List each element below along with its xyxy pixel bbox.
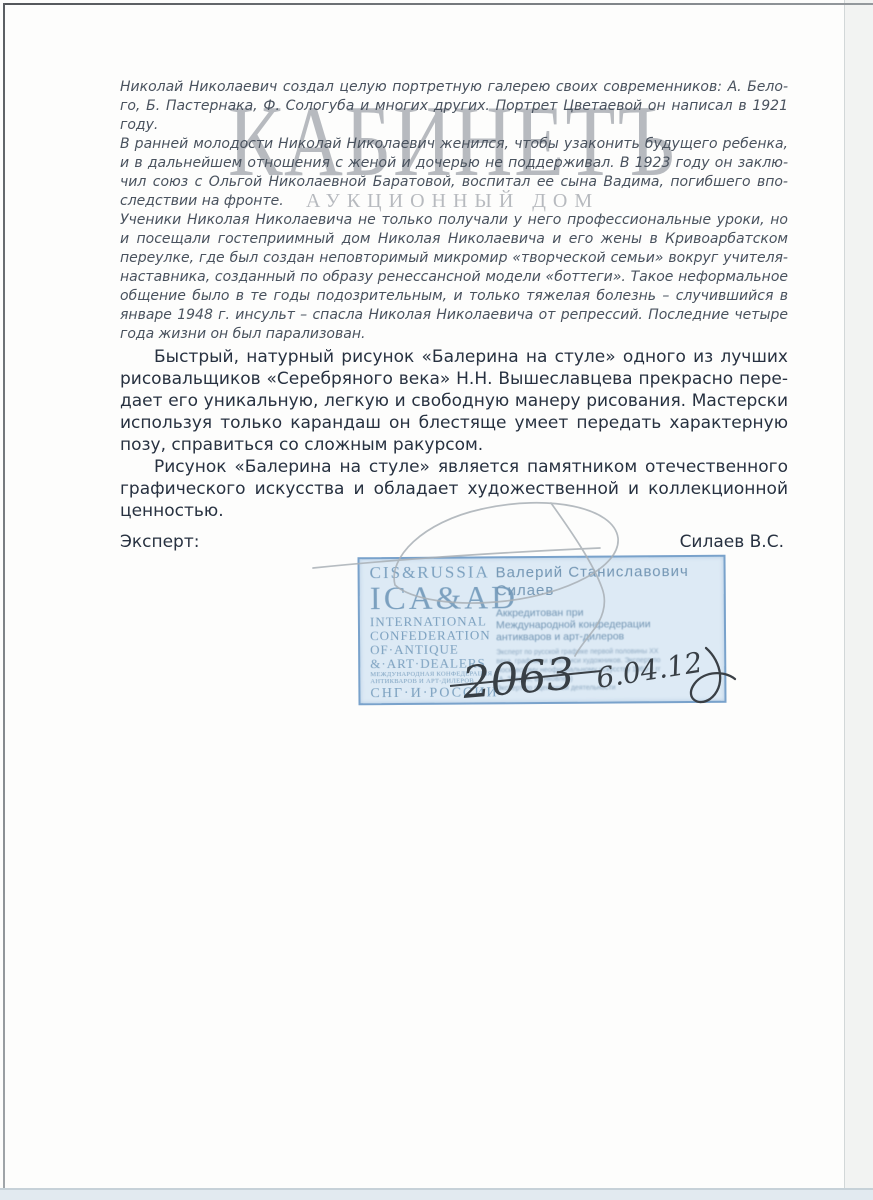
text-line: позу, справиться со сложным ракурсом. — [120, 434, 788, 456]
text-line: году. — [120, 116, 788, 135]
expert-label: Эксперт: — [120, 531, 199, 553]
stamp-left-column: CIS&RUSSIA ICA&AD INTERNATIONALCONFEDERA… — [370, 561, 501, 702]
text-line: дает его уникальную, легкую и свободную … — [120, 390, 788, 412]
stamp-confederation-lines: INTERNATIONALCONFEDERATIONOF·ANTIQUE&·AR… — [370, 614, 500, 671]
text-line: рисовальщиков «Серебряного века» Н.Н. Вы… — [120, 368, 788, 390]
text-line: и в дальнейшем отношения с женой и дочер… — [120, 154, 788, 173]
scan-edge-bottom — [0, 1188, 873, 1200]
paragraph: Рисунок «Балерина на стуле» является пам… — [120, 456, 788, 522]
text-line: общение было в те годы подозрительным, и… — [120, 287, 788, 306]
stamp-sng-russia: СНГ·И·РОССИИ — [370, 685, 500, 702]
scan-edge-right — [844, 0, 873, 1190]
text-line: следствии на фронте. — [120, 192, 788, 211]
stamp-spec-line: Эксперт по оценочной деятельности — [496, 683, 718, 694]
stamp-small-ru-lines: МЕЖДУНАРОДНАЯ КОНФЕДЕРАЦИЯАНТИКВАРОВ И А… — [370, 670, 500, 685]
stamp-caps-line: &·ART·DEALERS — [370, 656, 500, 671]
expert-row: Эксперт: Силаев В.С. — [120, 531, 788, 553]
paragraph: В ранней молодости Николай Николаевич же… — [120, 135, 788, 211]
paragraph: Николай Николаевич создал целую портретн… — [120, 78, 788, 135]
text-line: Быстрый, натурный рисунок «Балерина на с… — [120, 346, 788, 368]
paragraph: Быстрый, натурный рисунок «Балерина на с… — [120, 346, 788, 456]
text-line: переулке, где был создан неповторимый ми… — [120, 249, 788, 268]
stamp-tiny-line: АНТИКВАРОВ И АРТ-ДИЛЕРОВ — [370, 677, 500, 685]
stamp-expert-name: Валерий СтаниславовичСилаев — [496, 563, 718, 601]
text-line: чил союз с Ольгой Николаевной Баратовой,… — [120, 173, 788, 192]
text-line: используя только карандаш он блестяще ум… — [120, 412, 788, 434]
expert-accreditation-stamp: CIS&RUSSIA ICA&AD INTERNATIONALCONFEDERA… — [357, 555, 726, 706]
text-line: наставника, созданный по образу ренессан… — [120, 268, 788, 287]
text-line: Рисунок «Балерина на стуле» является пам… — [120, 456, 788, 478]
text-line: январе 1948 г. инсульт – спасла Николая … — [120, 306, 788, 325]
text-line: и посещали гостеприимный дом Николая Ник… — [120, 230, 788, 249]
text-line: графического искусства и обладает художе… — [120, 478, 788, 500]
text-line: Николай Николаевич создал целую портретн… — [120, 78, 788, 97]
text-line: Ученики Николая Николаевича не только по… — [120, 211, 788, 230]
text-line: ценностью. — [120, 500, 788, 522]
document-text-column: Николай Николаевич создал целую портретн… — [120, 78, 788, 553]
bio-paragraphs: Николай Николаевич создал целую портретн… — [120, 78, 788, 344]
stamp-name-line: Валерий Станиславович — [496, 563, 718, 583]
stamp-specialization: Эксперт по русской графике первой полови… — [496, 647, 718, 694]
text-line: В ранней молодости Николай Николаевич же… — [120, 135, 788, 154]
stamp-icaad-logo: ICA&AD — [370, 583, 500, 615]
stamp-name-line: Силаев — [496, 581, 718, 601]
stamp-right-column: Валерий СтаниславовичСилаев Аккредитован… — [496, 563, 719, 694]
scan-edge-top — [3, 3, 873, 5]
stamp-accred-line: антикваров и арт-дилеров — [496, 630, 718, 644]
text-line: года жизни он был парализован. — [120, 325, 788, 344]
scanned-page: КАБИНЕТЪ АУКЦИОННЫЙ ДОМ Николай Николаев… — [0, 0, 873, 1200]
text-line: го, Б. Пастернака, Ф. Сологуба и многих … — [120, 97, 788, 116]
scan-edge-left — [3, 3, 5, 1188]
conclusion-paragraphs: Быстрый, натурный рисунок «Балерина на с… — [120, 346, 788, 522]
paragraph: Ученики Николая Николаевича не только по… — [120, 211, 788, 344]
stamp-accreditation: Аккредитован приМеждународной конфедерац… — [496, 606, 718, 644]
expert-name: Силаев В.С. — [680, 531, 784, 553]
